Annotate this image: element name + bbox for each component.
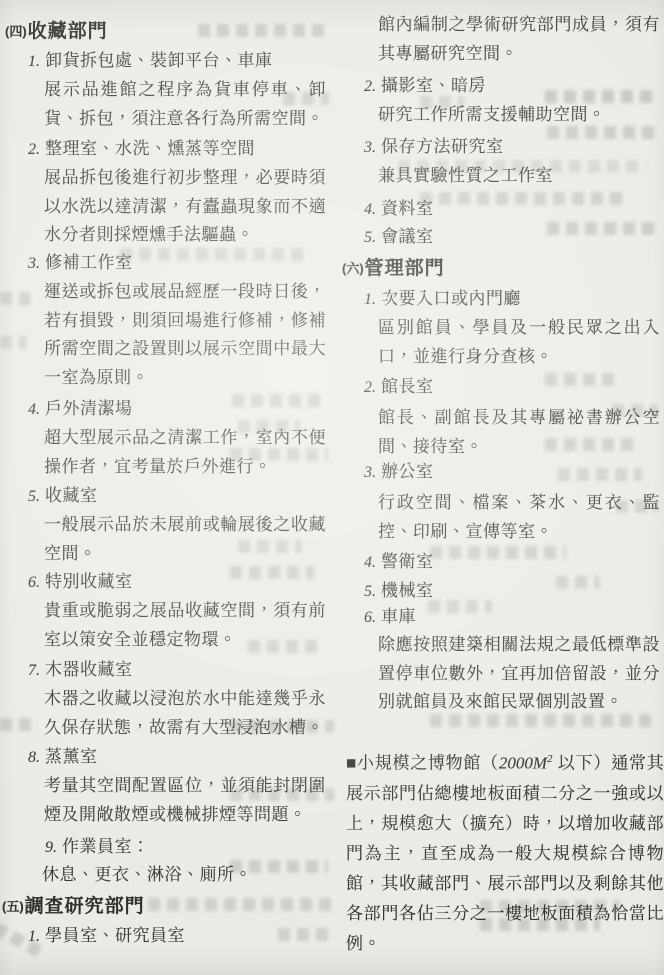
list-item: 4.戶外清潔場 [28,394,133,419]
section-heading-management: (六)管理部門 [342,253,445,280]
list-item: 8.蒸薰室 [28,742,98,767]
item-number: 5. [28,488,40,505]
item-desc: 兼具實驗性質之工作室 [378,162,553,191]
list-item: 3.修補工作室 [28,248,133,273]
item-desc: 除應按照建築相關法規之最低標準設置停車位數外，宜再加倍留設，並分別就館員及來館民… [378,631,660,717]
note-text-rest: 以下）通常其展示部門佔總樓地板面積二分之一強或以上，規模愈大（擴充）時，以增加收… [346,754,664,953]
item-title: 車庫 [381,607,416,626]
bleedthrough-ghost [198,24,324,37]
item-desc: 貴重或脆弱之展品收藏空間，須有前室以策安全並穩定物環。 [44,597,326,654]
list-item: 1.學員室、研究員室 [28,921,185,946]
item-number: 4. [28,401,40,418]
item-title: 館長室 [381,377,434,396]
section-title: 調查研究部門 [25,896,145,917]
bleedthrough-ghost [120,248,310,261]
section-title: 管理部門 [365,258,445,279]
item-title: 會議室 [381,227,434,246]
bleedthrough-ghost [278,928,332,941]
square-bullet-icon: ■ [346,754,357,773]
list-item: 5.收藏室 [28,481,98,506]
list-item: 2.攝影室、暗房 [364,71,486,96]
list-item: 3.保存方法研究室 [364,132,504,157]
section-number: (六) [342,261,364,276]
item-title: 次要入口或內門廳 [381,289,521,308]
item-title: 整理室、水洗、燻蒸等空間 [45,139,255,158]
item-title: 學員室、研究員室 [45,926,185,945]
list-item: 2.館長室 [364,372,434,397]
list-item: 4.資料室 [364,194,434,219]
item-desc: 一般展示品於未展前或輪展後之收藏空間。 [44,511,326,568]
list-item: 6.車庫 [364,602,416,627]
item-number: 6. [364,609,376,626]
item-title: 卸貨拆包處、裝卸平台、車庫 [45,51,273,70]
item-title: 蒸薰室 [45,747,98,766]
note-area-value: 2000M [499,754,547,773]
bleedthrough-ghost [556,576,600,589]
item-number: 3. [28,255,40,272]
list-item: 6.特別收藏室 [28,567,133,592]
list-item: 1.次要入口或內門廳 [364,284,521,309]
item-title: 木器收藏室 [45,660,133,679]
bleedthrough-ghost [430,546,566,559]
item-number: 7. [28,662,40,679]
item-desc: 展品拆包後進行初步整理，必要時須以水洗以達清潔，有蠹蟲現象而不適水分者則採煙燻手… [44,164,326,250]
item-number: 4. [364,201,376,218]
item-desc: 館長、副館長及其專屬祕書辦公空間、接待室。 [378,404,660,461]
note-paragraph: ■小規模之博物館（2000M2 以下）通常其展示部門佔總樓地板面積二分之一強或以… [346,744,664,959]
item-number: 1. [364,291,376,308]
item-number: 3. [364,139,376,156]
item-desc: 休息、更衣、淋浴、廁所。 [42,861,252,890]
bleedthrough-ghost [545,373,617,386]
item-desc: 超大型展示品之清潔工作，室內不便操作者，宜考量於戶外進行。 [44,424,326,481]
list-item: 7.木器收藏室 [28,655,133,680]
item-number: 1. [28,928,40,945]
list-item: 2.整理室、水洗、燻蒸等空間 [28,134,255,159]
bleedthrough-ghost [547,222,655,235]
item-desc: 考量其空間配置區位，並須能封閉圍煙及開敞散煙或機械排煙等問題。 [44,772,326,829]
item-title: 保存方法研究室 [381,137,504,156]
bleedthrough-ghost [0,292,30,305]
bleedthrough-ghost [232,394,324,407]
list-item: 1.卸貨拆包處、裝卸平台、車庫 [28,46,273,71]
item-number: 6. [28,574,40,591]
item-title: 辦公室 [381,462,434,481]
section-number: (四) [5,24,27,39]
bleedthrough-ghost [0,336,26,349]
item-desc: 研究工作所需支援輔助空間。 [378,101,606,130]
bleedthrough-ghost [148,898,332,911]
item-title: 作業員室： [62,837,150,856]
bleedthrough-ghost [558,468,642,481]
item-number: 3. [364,464,376,481]
item-title: 戶外清潔場 [45,399,133,418]
list-item: 9.作業員室： [45,832,150,857]
item-desc: 區別館員、學員及一般民眾之出入口，並進行身分查核。 [378,314,660,371]
item-number: 1. [28,53,40,70]
item-title: 修補工作室 [45,253,133,272]
item-number: 9. [45,839,57,856]
list-item: 3.辦公室 [364,457,434,482]
item-number: 8. [28,749,40,766]
item-title: 特別收藏室 [45,572,133,591]
scanned-page: (四)收藏部門 1.卸貨拆包處、裝卸平台、車庫 展示品進館之程序為貨車停車、卸貨… [0,0,664,975]
item-desc: 運送或拆包或展品經歷一段時日後，若有損毀，則須回場進行修補，修補所需空間之設置則… [44,278,326,392]
item-number: 4. [364,554,376,571]
item-number: 2. [28,141,40,158]
item-title: 警衛室 [381,552,434,571]
note-text-lead: 小規模之博物館（ [357,754,499,773]
bleedthrough-ghost [428,600,492,613]
item-desc: 木器之收藏以浸泡於水中能達幾乎永久保存狀態，故需有大型浸泡水槽。 [44,685,326,742]
list-item: 5.會議室 [364,222,434,247]
item-desc: 館內編制之學術研究部門成員，須有其專屬研究空間。 [378,11,660,68]
section-number: (五) [2,899,24,914]
section-heading-collection: (四)收藏部門 [5,16,108,43]
item-title: 機械室 [381,581,434,600]
section-heading-research: (五)調查研究部門 [2,891,145,918]
item-title: 攝影室、暗房 [381,76,486,95]
item-number: 5. [364,229,376,246]
bleedthrough-ghost [420,192,626,205]
bleedthrough-ghost [0,718,36,731]
item-desc: 展示品進館之程序為貨車停車、卸貨、拆包，須注意各行為所需空間。 [44,76,326,133]
item-number: 2. [364,78,376,95]
list-item: 5.機械室 [364,576,434,601]
item-desc: 行政空間、檔案、茶水、更衣、監控、印刷、宣傳等室。 [378,489,660,546]
section-title: 收藏部門 [28,21,108,42]
item-title: 資料室 [381,199,434,218]
item-number: 5. [364,583,376,600]
list-item: 4.警衛室 [364,547,434,572]
item-title: 收藏室 [45,486,98,505]
item-number: 2. [364,379,376,396]
